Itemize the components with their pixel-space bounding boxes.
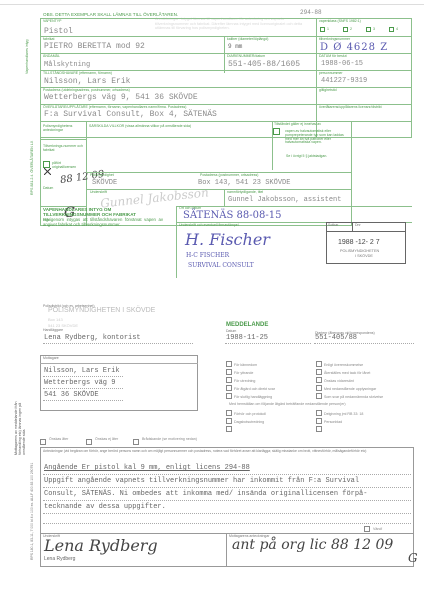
- checkbox-bradskande[interactable]: [133, 439, 139, 445]
- applied-original-checkbox[interactable]: [43, 161, 50, 168]
- clarification-value: Gunnel Jakobsson, assistent: [228, 196, 341, 204]
- checkbox-blank-left[interactable]: [226, 426, 232, 432]
- dealer-signature: H. Fischer: [185, 230, 270, 249]
- checkbox-vidaresant[interactable]: [316, 377, 322, 383]
- divider: [43, 400, 123, 401]
- divider: [352, 222, 353, 231]
- transferor-label: ÖVERLÅTARE/UPPLÅTARE (efternamn, förnamn…: [43, 106, 186, 110]
- permit-note-label: Tillståndet gäller ej innehav av: [274, 123, 321, 127]
- divider: [314, 343, 414, 344]
- divider: [43, 343, 193, 344]
- body-line-1: Angående Er pistol kal 9 mm, enligt lice…: [44, 464, 250, 472]
- clarification-label: namnförtydligande, titel: [227, 191, 263, 195]
- checkbox-aterstalles[interactable]: [316, 369, 322, 375]
- recipient-line-1: Nilsson, Lars Erik: [44, 367, 120, 375]
- police-address-value: Box 143, 541 23 SKÖVDE: [198, 179, 290, 187]
- weapon-class-label: vapenklass (SNFS 1982:1): [319, 20, 361, 24]
- dealer-name-line2: SURVIVAL CONSULT: [188, 262, 254, 269]
- request-text: Med hemställan om följande åtgärd beträf…: [229, 402, 346, 406]
- address-label: Postadress (utdelningsadress, postnummer…: [43, 89, 130, 93]
- caliber-value: 9 mm: [228, 43, 242, 50]
- divider: [43, 500, 411, 501]
- recipient-line-3: 541 36 SKÖVDE: [44, 391, 99, 399]
- checkbox-dagsbot[interactable]: [226, 418, 232, 424]
- permit-note-text: vapen av halvautomatisk eller pumprepete…: [285, 130, 350, 145]
- divider: [40, 139, 86, 140]
- checkbox-label: Delgivning jml RB 33: 18: [324, 412, 363, 416]
- divider: [176, 206, 177, 278]
- handler-value: Lena Rydberg, kontorist: [44, 334, 141, 342]
- checkbox-label: För slutlig handläggning: [234, 395, 272, 399]
- checkbox-label: För yttrande: [234, 371, 253, 375]
- checkbox-label: Förhör och protokoll: [234, 412, 266, 416]
- checkbox-label: Återställes med tack för lånet: [324, 371, 370, 375]
- stamp-col2: Dnr: [355, 224, 361, 228]
- checkbox-label: Enligt överenskommelse: [324, 363, 363, 367]
- license-holder-label: TILLSTÅNDSHAVARE (efternamn, förnamn): [43, 72, 112, 76]
- validity-label: giltighetstid: [319, 89, 337, 93]
- recipient-line-2: Wetterbergs väg 9: [44, 379, 115, 387]
- checkbox-onskas-ej-ater[interactable]: [86, 439, 92, 445]
- divider: [224, 36, 225, 73]
- checkbox-for-utredning[interactable]: [226, 377, 232, 383]
- checkbox-label: Dagsbotsutredning: [234, 420, 264, 424]
- divider: [43, 487, 411, 488]
- police-notes-label: Polismyndighetens anteckningar: [43, 124, 85, 132]
- body-line-3: Consult, SÄTENÄS. Ni ombedes att inkomma…: [44, 490, 367, 498]
- police-address-label: Postadress (postnummer, ortsadress): [200, 174, 258, 178]
- weapon-type-value: Pistol: [44, 27, 73, 36]
- transferor-license-label: överlåtarens/upplåtarens licensnr/distri…: [319, 106, 382, 110]
- purpose-label: ÄNDAMÅL: [43, 55, 60, 59]
- divider: [40, 53, 412, 54]
- checkbox-label: Personblad: [324, 420, 342, 424]
- divider: [86, 189, 352, 190]
- place-date-value: SÄTENÄS 88-08-15: [183, 210, 281, 221]
- checkbox-delgivning[interactable]: [316, 410, 322, 416]
- stamp-col1: Sotbar: [328, 224, 338, 228]
- divider: [176, 206, 412, 207]
- district-stamp: POLISMYNDIGHETEN I SKÖVDE: [48, 307, 155, 314]
- turn-label: Vänd!: [373, 527, 382, 531]
- police-authority-value: SKÖVDE: [92, 179, 117, 187]
- special-conditions-label: SÄRSKILDA VILLKOR (vissa allmänna villko…: [89, 124, 209, 128]
- decision-date-label: DATUM för beslut: [319, 55, 347, 59]
- signature-label: Underskrift: [90, 191, 107, 195]
- divider: [43, 474, 411, 475]
- checkbox-upplysningar[interactable]: [316, 385, 322, 391]
- checkbox-onskas-ater[interactable]: [40, 439, 46, 445]
- checkbox-for-atgard[interactable]: [226, 385, 232, 391]
- permit-note-see: Se i övrigt 5 § jaktstadgan.: [286, 155, 327, 159]
- checkbox-som-svar[interactable]: [316, 393, 322, 399]
- checkbox-label: Brådskande (se motivering nedan): [142, 438, 202, 442]
- checkbox-label: För kännedom: [234, 363, 257, 367]
- stamp-box: Box 143: [48, 317, 63, 322]
- manufacturer-value: PIETRO BERETTA mod 92: [44, 42, 145, 51]
- divider: [40, 533, 414, 534]
- applied-original-label: påfört originallicensen: [52, 162, 82, 170]
- side-text-mid: RPS 881.2.4. ÖVERLÅTAREN LX: [30, 141, 34, 195]
- checkbox-label: Önskas ej åter: [95, 438, 120, 442]
- personal-number-value: 441227-9319: [321, 77, 367, 85]
- dealer-cert-heading: VAPENHANDLARES INTYG OM TILLVERKNINGSNUM…: [43, 207, 163, 217]
- checkbox-enligt-overenskommelse[interactable]: [316, 361, 322, 367]
- registration-label: DIARIENUMMER/datum: [227, 55, 265, 59]
- side-note: Mottagarens av meddelande ifrån förhandl…: [14, 385, 26, 455]
- checkbox-label: Önskas vidaresänt: [324, 379, 354, 383]
- message-date-label: Datum: [226, 330, 236, 334]
- serial-number-value: D Ø 4628 Z: [320, 42, 388, 53]
- diary-value: 551-405/88: [315, 334, 357, 342]
- message-signature: Lena Rydberg: [44, 536, 158, 555]
- class-2-label: 2: [350, 28, 352, 32]
- purpose-value: Målskytning: [44, 61, 90, 69]
- recipient-sign: G: [408, 551, 418, 565]
- scan-edge: [0, 4, 424, 5]
- checkbox-for-slutlig[interactable]: [226, 393, 232, 399]
- message-date: 1988-11-25: [226, 334, 268, 342]
- class-3-checkbox[interactable]: [366, 27, 371, 32]
- address-value: Wetterbergs väg 9, 541 36 SKÖVDE: [44, 93, 198, 102]
- transferor-value: F:a Survival Consult, Box 4, SÄTENÄS: [44, 110, 217, 119]
- date-label: Datum: [43, 187, 53, 191]
- divider: [43, 388, 123, 389]
- stamp-authority-2: I SKÖVDE: [355, 255, 373, 259]
- class-4-label: 4: [396, 28, 398, 32]
- notes-label: Anteckningar (vid begäran om förhör, ang…: [43, 449, 409, 453]
- registration-value: 551-405-88/1605: [228, 60, 300, 69]
- weapon-type-label: VAPENTYP: [43, 20, 61, 24]
- caliber-label: kaliber (diameter/löplängd): [227, 38, 268, 42]
- checkbox-for-yttrande[interactable]: [226, 369, 232, 375]
- dealer-name-line1: H-C FISCHER: [186, 252, 229, 259]
- stamp-date: 1988 -12- 2 7: [338, 239, 380, 246]
- checkbox-label: För utredning: [234, 379, 255, 383]
- divider: [226, 533, 227, 567]
- message-signature-name: Lena Rydberg: [44, 556, 75, 562]
- turn-checkbox[interactable]: [364, 526, 370, 532]
- checkbox-personblad[interactable]: [316, 418, 322, 424]
- serial-number-label: tillverkningsnummer: [319, 38, 350, 42]
- divider: [40, 363, 198, 364]
- divider: [43, 513, 411, 514]
- body-line-4: tecknande av dessa uppgifter.: [44, 503, 166, 511]
- manufacturer-label: fabrikat: [43, 38, 54, 42]
- checkbox-forhor[interactable]: [226, 410, 232, 416]
- divider: [43, 376, 123, 377]
- divider: [40, 36, 412, 37]
- decision-date-value: 1988-06-15: [321, 60, 363, 68]
- message-title: MEDDELANDE: [226, 322, 268, 328]
- divider: [225, 343, 311, 344]
- checkbox-for-kannedom[interactable]: [226, 361, 232, 367]
- class-1-checkbox[interactable]: [320, 27, 325, 32]
- dealer-cert-body: Härigenom intygas att tillståndshavaren …: [43, 218, 163, 228]
- check-x-icon: [44, 168, 51, 175]
- police-authority-label: Polismyndighet: [90, 174, 114, 178]
- checkbox-blank-right[interactable]: [316, 426, 322, 432]
- license-number: 294-88: [300, 9, 322, 16]
- checkbox-label: Med nedanstående upplysningar: [324, 387, 376, 391]
- handler-label: Handläggare: [43, 329, 63, 333]
- recipient-label: Mottagare: [43, 357, 59, 361]
- checkbox-label: Som svar på nedannämnda skrivelse: [324, 395, 383, 399]
- class-2-checkbox[interactable]: [343, 27, 348, 32]
- dealer-signature-label: Underskrift och eventuell firmastämpel: [179, 224, 239, 228]
- class-1-label: 1: [327, 28, 329, 32]
- permit-note-checkbox[interactable]: [273, 128, 280, 135]
- divider: [224, 189, 225, 206]
- checkbox-label: För åtgärd och direkt svar: [234, 387, 275, 391]
- license-holder-value: Nilsson, Lars Erik: [44, 77, 130, 86]
- class-3-label: 3: [373, 28, 375, 32]
- personal-number-label: personnummer: [319, 72, 343, 76]
- serial-manufacturer-label: Tillverknings-nummer och fabrikat: [43, 144, 83, 152]
- side-text-top: Vapenhandlares intyg: [25, 40, 29, 75]
- divider: [43, 523, 411, 524]
- class-4-checkbox[interactable]: [389, 27, 394, 32]
- recipient-notes: ant på org lic 88 12 09: [232, 537, 393, 553]
- side-code: RPS 180.1, 83-11, 7 000 bl 4 x 100 ex. A…: [30, 463, 34, 560]
- checkbox-label: Önskas åter: [49, 438, 74, 442]
- divider: [326, 231, 406, 232]
- body-line-2: Uppgift angående vapnets tillverkningsnu…: [44, 477, 359, 485]
